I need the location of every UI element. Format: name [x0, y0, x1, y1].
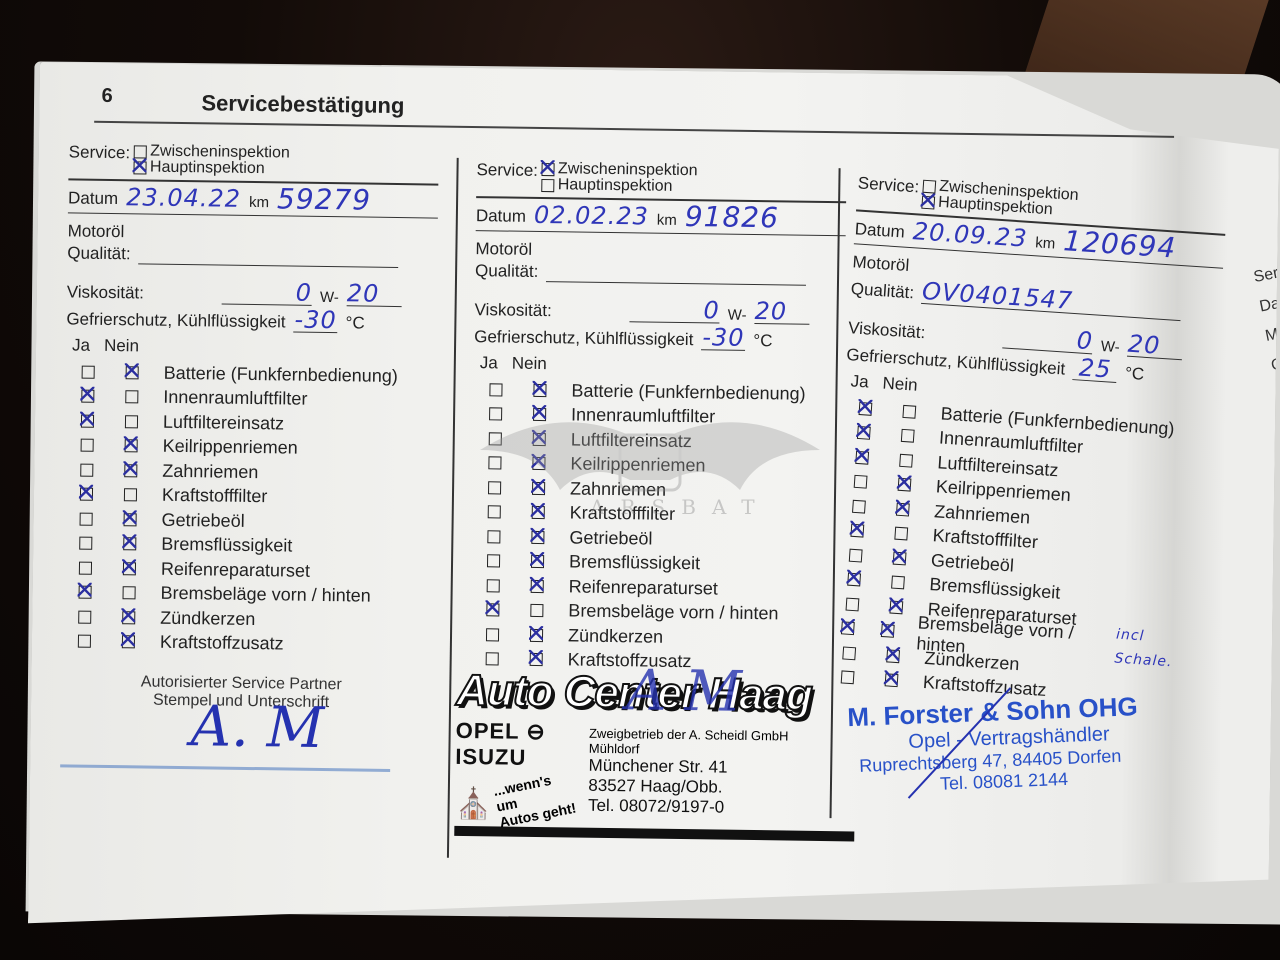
no-checkbox[interactable]: [902, 405, 916, 419]
no-checkbox[interactable]: [891, 576, 905, 590]
yes-label: Ja: [72, 335, 90, 355]
no-label: Nein: [512, 354, 547, 374]
antifreeze-value: -30: [293, 308, 337, 334]
no-checkbox[interactable]: [894, 527, 908, 541]
yes-checkbox[interactable]: [80, 463, 93, 476]
quality-row: Qualität:: [475, 261, 845, 286]
option-label: Hauptinspektion: [150, 160, 265, 178]
date-label: Datum: [476, 206, 526, 227]
no-checkbox[interactable]: [881, 624, 895, 638]
yes-checkbox[interactable]: [81, 390, 94, 403]
next-page-label: Servic: [1251, 255, 1280, 293]
item-label: Batterie (Funkfernbedienung): [571, 380, 805, 404]
yes-checkbox[interactable]: [488, 481, 501, 494]
no-checkbox[interactable]: [122, 562, 135, 575]
km-value: 91826: [685, 205, 779, 230]
checkbox[interactable]: [922, 195, 936, 209]
yes-checkbox[interactable]: [485, 653, 498, 666]
no-checkbox[interactable]: [530, 555, 543, 568]
no-checkbox[interactable]: [899, 454, 913, 468]
antifreeze-label: Gefrierschutz, Kühlflüssigkeit: [66, 309, 285, 332]
no-label: Nein: [104, 336, 139, 356]
stamp-phone: Tel. 08072/9197-0: [588, 796, 835, 819]
service-label: Service:: [857, 173, 920, 197]
item-label: Luftfiltereinsatz: [571, 429, 692, 452]
no-label: Nein: [882, 374, 918, 396]
item-label: Zahnriemen: [162, 460, 258, 482]
antifreeze-row: Gefrierschutz, Kühlflüssigkeit-30°C: [474, 322, 844, 352]
item-label: Getriebeöl: [161, 509, 244, 531]
signature: A M: [626, 658, 742, 725]
viscosity-low-value: 0: [1002, 323, 1093, 354]
yes-checkbox[interactable]: [486, 555, 499, 568]
rule: [68, 212, 438, 219]
signature: A. M: [190, 694, 324, 761]
service-label: Service:: [476, 160, 538, 181]
item-label: Keilrippenriemen: [570, 454, 705, 477]
yes-checkbox[interactable]: [489, 408, 502, 421]
no-checkbox[interactable]: [123, 513, 136, 526]
yes-checkbox[interactable]: [848, 548, 862, 562]
km-label: km: [1035, 234, 1056, 252]
yes-checkbox[interactable]: [80, 414, 93, 427]
yes-checkbox[interactable]: [856, 426, 870, 440]
brand-isuzu: ISUZU: [455, 744, 577, 772]
service-booklet-page: 6 Servicebestätigung Service:Zwischenins…: [28, 62, 1280, 949]
no-checkbox[interactable]: [125, 390, 138, 403]
yes-label: Ja: [850, 371, 869, 392]
yes-checkbox[interactable]: [488, 457, 501, 470]
page-title: Servicebestätigung: [201, 90, 404, 119]
date-value: 20.09.23: [912, 219, 1028, 251]
checkbox[interactable]: [923, 179, 937, 193]
service-option-haupt[interactable]: Hauptinspektion: [542, 177, 698, 195]
item-label: Bremsflüssigkeit: [569, 552, 700, 575]
checklist-item: Kraftstoffzusatz: [62, 629, 432, 659]
quality-label: Qualität:: [67, 243, 131, 264]
item-label: Bremsflüssigkeit: [161, 534, 292, 557]
yes-checkbox[interactable]: [486, 579, 499, 592]
viscosity-label: Viskosität:: [67, 282, 144, 303]
yes-checkbox[interactable]: [78, 586, 91, 599]
no-checkbox[interactable]: [892, 551, 906, 565]
item-label: Zündkerzen: [160, 607, 255, 629]
no-checkbox[interactable]: [124, 464, 137, 477]
no-checkbox[interactable]: [533, 408, 546, 421]
yes-checkbox[interactable]: [845, 597, 859, 611]
antifreeze-row: Gefrierschutz, Kühlflüssigkeit-30°C: [66, 304, 436, 334]
checklist: Batterie (Funkfernbedienung)Innenraumluf…: [62, 359, 436, 658]
yes-checkbox[interactable]: [488, 432, 501, 445]
header-rule: [94, 121, 1174, 138]
yes-checkbox[interactable]: [858, 402, 872, 416]
yes-checkbox[interactable]: [852, 500, 866, 514]
item-label: Zahnriemen: [570, 478, 666, 500]
viscosity-high-value: 20: [347, 281, 402, 307]
page-number: 6: [101, 85, 112, 108]
viscosity-row: Viskosität:0W-20: [474, 295, 844, 325]
service-entry-3: Service:ZwischeninspektionHauptinspektio…: [824, 173, 1227, 712]
stamp-bar: [454, 826, 854, 842]
stamp-area-1: Autorisierter Service Partner Stempel un…: [91, 673, 391, 713]
km-value: 59279: [277, 187, 371, 212]
church-icon: ⛪: [454, 787, 492, 823]
quality-label: Qualität:: [850, 279, 914, 303]
item-label: Innenraumluftfilter: [163, 387, 307, 410]
yes-checkbox[interactable]: [842, 646, 856, 660]
option-label: Hauptinspektion: [558, 177, 673, 195]
viscosity-row: Viskosität:0W-20: [67, 277, 437, 307]
no-checkbox[interactable]: [122, 586, 135, 599]
no-checkbox[interactable]: [530, 580, 543, 593]
rule: [476, 230, 846, 237]
checklist: Batterie (Funkfernbedienung)Innenraumluf…: [824, 395, 1213, 713]
yes-checkbox[interactable]: [847, 573, 861, 587]
item-label: Kraftstofffilter: [570, 503, 676, 525]
no-checkbox[interactable]: [889, 600, 903, 614]
yes-checkbox[interactable]: [850, 524, 864, 538]
item-label: Bremsbeläge vorn / hinten: [568, 601, 778, 625]
no-checkbox[interactable]: [123, 537, 136, 550]
date-label: Datum: [68, 188, 118, 209]
yes-checkbox[interactable]: [487, 530, 500, 543]
date-label: Datum: [854, 219, 905, 242]
handwritten-note: incl Schale.: [1114, 622, 1199, 675]
item-label: Luftfiltereinsatz: [163, 412, 284, 435]
service-entry-1: Service:ZwischeninspektionHauptinspektio…: [62, 142, 439, 658]
w-label: W-: [320, 289, 339, 306]
no-checkbox[interactable]: [897, 478, 911, 492]
quality-label: Qualität:: [475, 261, 539, 282]
yes-checkbox[interactable]: [855, 451, 869, 465]
viscosity-label: Viskosität:: [474, 300, 551, 321]
viscosity-high-value: 20: [1127, 332, 1184, 361]
no-checkbox[interactable]: [532, 433, 545, 446]
item-label: Keilrippenriemen: [162, 436, 297, 459]
item-label: Bremsbeläge vorn / hinten: [160, 583, 370, 607]
motor-oil-label: Motoröl: [67, 221, 437, 246]
yes-checkbox[interactable]: [853, 475, 867, 489]
km-value: 120694: [1063, 229, 1177, 260]
quality-row: Qualität:: [67, 243, 437, 268]
checkbox[interactable]: [542, 179, 555, 192]
km-label: km: [657, 211, 677, 228]
no-checkbox[interactable]: [886, 649, 900, 663]
yes-checkbox[interactable]: [79, 537, 92, 550]
yes-checkbox[interactable]: [79, 488, 92, 501]
yes-label: Ja: [480, 353, 498, 373]
celsius-label: °C: [345, 313, 364, 333]
yes-checkbox[interactable]: [487, 506, 500, 519]
item-label: Getriebeöl: [569, 527, 652, 549]
no-checkbox[interactable]: [531, 506, 544, 519]
no-checkbox[interactable]: [532, 482, 545, 495]
no-checkbox[interactable]: [884, 674, 898, 688]
date-value: 02.02.23: [534, 202, 649, 228]
no-checkbox[interactable]: [125, 366, 138, 379]
no-checkbox[interactable]: [529, 629, 542, 642]
antifreeze-value: -30: [701, 325, 745, 351]
service-entry-2: Service:ZwischeninspektionHauptinspektio…: [470, 160, 847, 676]
yes-checkbox[interactable]: [81, 365, 94, 378]
no-checkbox[interactable]: [530, 604, 543, 617]
no-checkbox[interactable]: [531, 531, 544, 544]
km-label: km: [249, 193, 269, 210]
service-option-haupt[interactable]: Hauptinspektion: [134, 159, 290, 177]
no-checkbox[interactable]: [895, 502, 909, 516]
no-checkbox[interactable]: [124, 439, 137, 452]
yes-checkbox[interactable]: [78, 561, 91, 574]
item-label: Getriebeöl: [930, 550, 1014, 576]
no-checkbox[interactable]: [529, 653, 542, 666]
item-label: Innenraumluftfilter: [571, 405, 715, 428]
stamp-auto-center-haag: Auto Center Haag OPEL ⊖ ISUZU ⛪ ...wenn'…: [454, 666, 836, 841]
yes-checkbox[interactable]: [78, 610, 91, 623]
opel-logo-icon: ⊖: [526, 719, 546, 744]
viscosity-high-value: 20: [754, 299, 809, 325]
yes-checkbox[interactable]: [485, 628, 498, 641]
signature-line: [60, 764, 390, 772]
item-label: Reifenreparaturset: [569, 576, 718, 599]
celsius-label: °C: [753, 331, 772, 351]
w-label: W-: [1100, 338, 1120, 356]
no-checkbox[interactable]: [124, 415, 137, 428]
no-checkbox[interactable]: [123, 488, 136, 501]
no-checkbox[interactable]: [533, 384, 546, 397]
date-km-row: Datum02.02.23km91826: [476, 202, 846, 231]
viscosity-label: Viskosität:: [848, 318, 926, 343]
celsius-label: °C: [1124, 364, 1144, 385]
quality-value: [138, 263, 398, 268]
yes-no-header: JaNein: [480, 353, 844, 378]
viscosity-low-value: 0: [222, 280, 312, 306]
item-label: Batterie (Funkfernbedienung): [164, 363, 398, 387]
stamp-forster: M. Forster & Sohn OHG Opel - Vertragshän…: [847, 689, 1190, 798]
w-label: W-: [728, 307, 747, 324]
viscosity-low-value: 0: [630, 297, 720, 323]
yes-checkbox[interactable]: [840, 671, 854, 685]
item-label: Reifenreparaturset: [161, 558, 310, 581]
service-type-row: Service:ZwischeninspektionHauptinspektio…: [68, 142, 438, 179]
no-checkbox[interactable]: [121, 635, 134, 648]
yes-no-header: JaNein: [72, 335, 436, 360]
no-checkbox[interactable]: [900, 429, 914, 443]
service-label: Service:: [69, 142, 131, 163]
motor-oil-label: Motoröl: [475, 239, 845, 264]
yes-checkbox[interactable]: [486, 604, 499, 617]
brand-opel: OPEL ⊖: [456, 718, 578, 746]
antifreeze-value: 25: [1073, 355, 1119, 383]
service-options: ZwischeninspektionHauptinspektion: [134, 143, 290, 177]
stamp-company: Zweigbetrieb der A. Scheidl GmbH Mühldor…: [589, 726, 836, 759]
yes-checkbox[interactable]: [489, 383, 502, 396]
yes-checkbox[interactable]: [79, 512, 92, 525]
service-type-row: Service:ZwischeninspektionHauptinspektio…: [476, 160, 846, 197]
date-km-row: Datum23.04.22km59279: [68, 184, 438, 213]
service-options: ZwischeninspektionHauptinspektion: [922, 178, 1079, 220]
yes-checkbox[interactable]: [841, 622, 855, 636]
quality-value: [546, 281, 806, 286]
no-checkbox[interactable]: [532, 457, 545, 470]
date-value: 23.04.22: [126, 185, 241, 211]
item-label: Kraftstoffzusatz: [160, 632, 284, 655]
item-label: Zündkerzen: [568, 625, 663, 647]
no-checkbox[interactable]: [122, 611, 135, 624]
checkbox[interactable]: [134, 161, 147, 174]
yes-checkbox[interactable]: [80, 439, 93, 452]
service-options: ZwischeninspektionHauptinspektion: [542, 161, 698, 195]
antifreeze-label: Gefrierschutz, Kühlflüssigkeit: [474, 327, 693, 350]
checklist: Batterie (Funkfernbedienung)Innenraumluf…: [470, 377, 844, 676]
item-label: Kraftstofffilter: [162, 485, 268, 507]
checkbox[interactable]: [134, 145, 147, 158]
checkbox[interactable]: [542, 163, 555, 176]
yes-checkbox[interactable]: [77, 635, 90, 648]
